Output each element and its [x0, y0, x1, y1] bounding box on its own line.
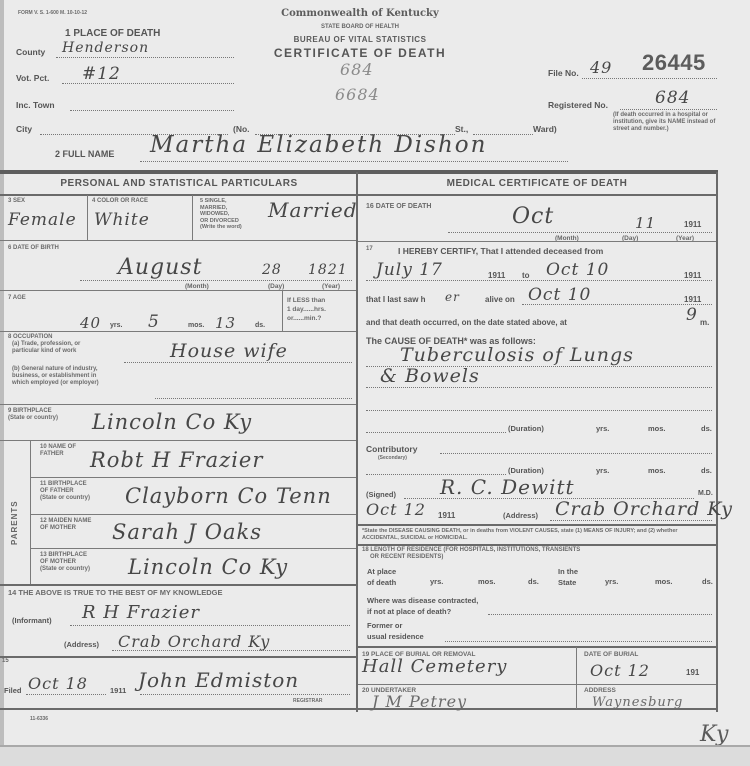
- inc-town-line: [70, 110, 234, 111]
- in-state-ds: ds.: [702, 577, 713, 586]
- less-than-line: or......min.?: [287, 314, 326, 323]
- right-border: [716, 172, 718, 712]
- dob-day: 28: [262, 262, 282, 278]
- form-number: FORM V. S. 1-600 M. 10-10-12: [18, 10, 87, 17]
- mother-birthplace-label-line: OF MOTHER: [40, 559, 90, 566]
- file-no-stamp: 26445: [642, 50, 706, 76]
- rule: [358, 194, 716, 196]
- dod-month: Oct: [512, 204, 554, 229]
- rule: [358, 241, 716, 242]
- last-saw-date: Oct 10: [528, 285, 591, 305]
- sex-label: 3 SEX: [8, 198, 25, 205]
- marital-label: 5 SINGLE, MARRIED, WIDOWED, OR DIVORCED …: [200, 198, 242, 231]
- bureau-title: BUREAU OF VITAL STATISTICS: [230, 35, 490, 44]
- alive-on-label: alive on: [485, 295, 515, 304]
- dob-year: 1821: [308, 262, 348, 278]
- attended-from-year: 1911: [488, 271, 505, 280]
- inc-town-label: Inc. Town: [16, 100, 55, 110]
- death-time-suffix: m.: [700, 318, 709, 327]
- duration-2-yrs: yrs.: [596, 466, 609, 475]
- divider: [282, 291, 283, 331]
- less-than-line: If LESS than: [287, 296, 326, 305]
- center-divider: [356, 172, 358, 712]
- parents-side-label: PARENTS: [10, 500, 19, 545]
- former-residence-line: Former or: [367, 620, 424, 631]
- board-title: STATE BOARD OF HEALTH: [230, 24, 490, 30]
- filed-year: 1911: [110, 686, 126, 695]
- in-state-mos: mos.: [655, 577, 673, 586]
- dob-label: 6 DATE OF BIRTH: [8, 245, 59, 252]
- duration-2-mos: mos.: [648, 466, 666, 475]
- marital-value: Married: [268, 198, 358, 222]
- dod-year: 1911: [684, 220, 701, 229]
- dod-line: [448, 232, 712, 233]
- registered-no-label: Registered No.: [548, 100, 608, 110]
- burial-address-value: Waynesburg: [592, 695, 683, 710]
- personal-section-title: PERSONAL AND STATISTICAL PARTICULARS: [4, 178, 354, 189]
- where-contracted-rule: [488, 614, 712, 615]
- page-edge: [0, 0, 4, 766]
- filing-number: 15: [2, 658, 9, 665]
- age-mos-label: mos.: [188, 322, 204, 329]
- medical-section-title: MEDICAL CERTIFICATE OF DEATH: [358, 178, 716, 189]
- duration-2-ds: ds.: [701, 466, 712, 475]
- rule: [30, 514, 356, 515]
- death-occurred-text: and that death occurred, on the date sta…: [366, 318, 567, 327]
- last-saw-prefix: that I last saw h: [366, 295, 426, 304]
- top-rule: [0, 170, 718, 174]
- ward-label: Ward): [533, 124, 557, 134]
- at-place-label: At place of death: [367, 566, 396, 588]
- burial-place-value: Hall Cemetery: [362, 656, 507, 677]
- occupation-a-value: House wife: [170, 340, 288, 362]
- margin-note-2: 6684: [335, 85, 380, 104]
- commonwealth-title: Commonwealth of Kentucky: [230, 8, 490, 19]
- dod-label: 16 DATE OF DEATH: [366, 203, 431, 210]
- less-than-day: If LESS than 1 day......hrs. or......min…: [287, 296, 326, 323]
- residence-title: 18 LENGTH OF RESIDENCE (FOR HOSPITALS, I…: [362, 547, 580, 561]
- mother-birthplace-value: Lincoln Co Ky: [128, 555, 288, 579]
- rule: [358, 684, 716, 685]
- father-birthplace-value: Clayborn Co Tenn: [125, 484, 332, 508]
- rule: [358, 646, 716, 648]
- mother-maiden-label-line: 12 MAIDEN NAME: [40, 518, 91, 525]
- registrar-label: REGISTRAR: [293, 698, 322, 705]
- at-place-line: of death: [367, 577, 396, 588]
- divider: [192, 195, 193, 240]
- rule: [358, 524, 716, 526]
- occupation-a-line: [124, 362, 352, 363]
- duration-yrs: yrs.: [596, 424, 609, 433]
- former-residence-rule: [445, 641, 712, 642]
- rule: [30, 477, 356, 478]
- county-value: Henderson: [62, 40, 149, 56]
- mother-maiden-value: Sarah J Oaks: [112, 520, 262, 544]
- death-certificate: FORM V. S. 1-600 M. 10-10-12 Commonwealt…: [0, 0, 750, 766]
- sex-value: Female: [8, 210, 77, 230]
- at-place-ds: ds.: [528, 577, 539, 586]
- divider: [87, 195, 88, 240]
- margin-note-1: 684: [340, 60, 374, 79]
- age-label: 7 AGE: [8, 295, 26, 302]
- attended-to: Oct 10: [546, 260, 609, 280]
- registrar-line: [140, 694, 350, 695]
- vot-pct-label: Vot. Pct.: [16, 73, 49, 83]
- cause-footnote: *State the DISEASE CAUSING DEATH, or in …: [362, 528, 714, 542]
- physician-address-label: (Address): [503, 511, 538, 520]
- mother-birthplace-label-line: (State or country): [40, 566, 90, 573]
- occupation-label: 8 OCCUPATION: [8, 334, 52, 341]
- rule: [0, 331, 356, 332]
- marital-label-line: (Write the word): [200, 224, 242, 231]
- file-no-handwritten: 49: [590, 58, 612, 77]
- signed-year: 1911: [438, 511, 455, 520]
- burial-date-year: 191: [686, 668, 699, 677]
- dob-month-caption: (Month): [185, 283, 209, 290]
- duration-label: (Duration): [508, 424, 544, 433]
- rule: [0, 440, 356, 441]
- physician-signature: R. C. Dewitt: [440, 475, 575, 499]
- birthplace-label-line: (State or country): [8, 415, 58, 422]
- cause-line-1: Tuberculosis of Lungs: [400, 344, 634, 366]
- occupation-b-line: which employed (or employer): [12, 380, 99, 387]
- age-yrs-label: yrs.: [110, 322, 122, 329]
- physician-address: Crab Orchard Ky: [555, 498, 733, 520]
- where-contracted-line: if not at place of death?: [367, 606, 478, 617]
- dob-day-caption: (Day): [268, 283, 284, 290]
- age-years: 40: [80, 314, 101, 332]
- secondary-label: (Secondary): [378, 455, 407, 462]
- rule: [0, 656, 356, 658]
- color-label: 4 COLOR OR RACE: [92, 198, 148, 205]
- filed-date: Oct 18: [28, 674, 88, 693]
- margin-scrawl: Ky: [700, 722, 729, 747]
- dob-line: [80, 280, 352, 281]
- in-state-yrs: yrs.: [605, 577, 618, 586]
- father-birthplace-label-line: (State or country): [40, 495, 90, 502]
- father-birthplace-label: 11 BIRTHPLACE OF FATHER (State or countr…: [40, 481, 90, 502]
- burial-date-label: DATE OF BURIAL: [584, 651, 638, 658]
- birthplace-label-line: 9 BIRTHPLACE: [8, 408, 58, 415]
- father-name-value: Robt H Frazier: [90, 448, 263, 472]
- color-value: White: [94, 210, 150, 230]
- death-time: 9: [686, 305, 698, 325]
- age-ds-label: ds.: [255, 322, 265, 329]
- hospital-note: (If death occurred in a hospital or inst…: [613, 112, 723, 133]
- rule: [0, 584, 356, 586]
- physician-address-line: [550, 520, 712, 521]
- full-name-line: [140, 161, 568, 162]
- rule: [0, 404, 356, 405]
- informant-line: [70, 625, 350, 626]
- contributory-line: [440, 453, 712, 454]
- vot-pct-value: #12: [82, 64, 121, 84]
- mother-birthplace-label: 13 BIRTHPLACE OF MOTHER (State or countr…: [40, 552, 90, 573]
- mother-maiden-label: 12 MAIDEN NAME OF MOTHER: [40, 518, 91, 532]
- father-name-label-line: 10 NAME OF: [40, 444, 76, 451]
- to-label: to: [522, 271, 530, 280]
- occupation-a-line: particular kind of work: [12, 348, 80, 355]
- rule: [30, 548, 356, 549]
- rule: [0, 240, 356, 241]
- registered-no-value: 684: [655, 88, 690, 108]
- dob-month: August: [118, 255, 202, 280]
- parents-divider: [30, 440, 31, 585]
- mother-maiden-label-line: OF MOTHER: [40, 525, 91, 532]
- father-name-label-line: FATHER: [40, 451, 76, 458]
- duration-ds: ds.: [701, 424, 712, 433]
- occupation-b-line: business, or establishment in: [12, 373, 99, 380]
- residence-title-line: OR RECENT RESIDENTS): [362, 554, 580, 561]
- at-place-line: At place: [367, 566, 396, 577]
- duration-line: [366, 432, 506, 433]
- certify-text: I HEREBY CERTIFY, That I attended deceas…: [398, 246, 603, 256]
- informant-address-value: Crab Orchard Ky: [118, 632, 270, 651]
- at-place-yrs: yrs.: [430, 577, 443, 586]
- father-birthplace-label-line: OF FATHER: [40, 488, 90, 495]
- county-label: County: [16, 47, 45, 57]
- former-residence-line: usual residence: [367, 631, 424, 642]
- county-line: [56, 57, 234, 58]
- place-of-death-label: 1 PLACE OF DEATH: [65, 28, 160, 39]
- informant-value: R H Frazier: [82, 602, 200, 623]
- informant-address-label: (Address): [64, 640, 99, 649]
- certificate-title: CERTIFICATE OF DEATH: [230, 46, 490, 60]
- in-state-line: State: [558, 577, 578, 588]
- where-contracted-label: Where was disease contracted, if not at …: [367, 595, 478, 617]
- undertaker-value: J M Petrey: [372, 692, 467, 711]
- certify-number: 17: [366, 246, 373, 253]
- cause-line-2: & Bowels: [380, 365, 480, 387]
- file-no-label: File No.: [548, 68, 579, 78]
- dob-year-caption: (Year): [322, 283, 340, 290]
- attended-line: [366, 280, 712, 281]
- where-contracted-line: Where was disease contracted,: [367, 595, 478, 606]
- registrar-signature: John Edmiston: [138, 668, 299, 692]
- md-label: M.D.: [698, 490, 713, 497]
- signed-date: Oct 12: [366, 500, 426, 519]
- filed-label: Filed: [4, 686, 22, 695]
- residence-title-line: 18 LENGTH OF RESIDENCE (FOR HOSPITALS, I…: [362, 547, 580, 554]
- last-saw-pronoun: er: [445, 290, 460, 304]
- occupation-b-line: (b) General nature of industry,: [12, 366, 99, 373]
- occupation-b-line: [155, 398, 352, 399]
- city-label: City: [16, 124, 32, 134]
- father-name-label: 10 NAME OF FATHER: [40, 444, 76, 458]
- father-birthplace-label-line: 11 BIRTHPLACE: [40, 481, 90, 488]
- duration-mos: mos.: [648, 424, 666, 433]
- occupation-a-label: (a) Trade, profession, or particular kin…: [12, 341, 80, 355]
- divider: [576, 647, 577, 709]
- occupation-a-line: (a) Trade, profession, or: [12, 341, 80, 348]
- full-name-value: Martha Elizabeth Dishon: [150, 132, 487, 158]
- page-bottom-edge: [0, 745, 750, 766]
- birthplace-label: 9 BIRTHPLACE (State or country): [8, 408, 58, 422]
- last-saw-year: 1911: [684, 295, 701, 304]
- in-state-label: In the State: [558, 566, 578, 588]
- attended-to-year: 1911: [684, 271, 701, 280]
- full-name-label: 2 FULL NAME: [55, 149, 114, 159]
- rule: [0, 194, 356, 196]
- contributory-label: Contributory: [366, 444, 417, 454]
- informant-statement: 14 THE ABOVE IS TRUE TO THE BEST OF MY K…: [8, 589, 222, 596]
- less-than-line: 1 day......hrs.: [287, 305, 326, 314]
- burial-date-value: Oct 12: [590, 661, 650, 680]
- former-residence-label: Former or usual residence: [367, 620, 424, 642]
- mother-birthplace-label-line: 13 BIRTHPLACE: [40, 552, 90, 559]
- attended-from: July 17: [376, 260, 443, 280]
- registered-no-line: [620, 109, 717, 110]
- cause-line-2-rule: [366, 387, 712, 388]
- in-state-line: In the: [558, 566, 578, 577]
- rule: [0, 290, 356, 291]
- rule: [358, 544, 716, 546]
- age-months: 5: [148, 312, 160, 332]
- birthplace-value: Lincoln Co Ky: [92, 410, 252, 434]
- at-place-mos: mos.: [478, 577, 496, 586]
- signed-label: (Signed): [366, 490, 396, 499]
- cause-line-3-rule: [366, 410, 712, 411]
- filed-date-line: [26, 694, 106, 695]
- duration-2-label: (Duration): [508, 466, 544, 475]
- age-days: 13: [215, 314, 236, 332]
- occupation-b-label: (b) General nature of industry, business…: [12, 366, 99, 387]
- file-no-line: [582, 78, 717, 79]
- burial-address-label: ADDRESS: [584, 687, 616, 694]
- informant-label: (Informant): [12, 616, 52, 625]
- dod-day: 11: [635, 214, 656, 232]
- footer-code: 11-6336: [30, 716, 48, 723]
